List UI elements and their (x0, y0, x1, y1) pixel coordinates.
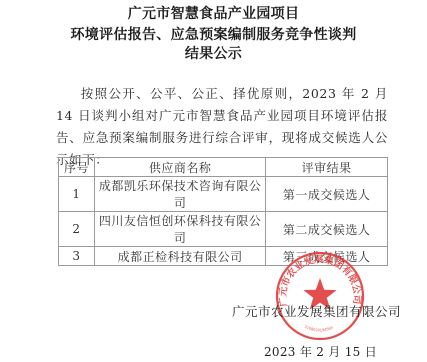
row-result: 第二成交候选人 (266, 212, 388, 247)
body-paragraph-text: 按照公开、公平、公正、择优原则，2023 年 2 月 14 日谈判小组对广元市智… (56, 86, 388, 167)
header-no: 序号 (59, 158, 95, 177)
company-seal: 广元市农业发展集团有限公司 5108020194569 (274, 250, 366, 342)
issue-date: 2023 年 2 月 15 日 (264, 345, 377, 360)
issuer-name: 广元市农业发展集团有限公司 (232, 304, 401, 320)
row-supplier: 四川友信恒创环保科技有限公司 (94, 212, 265, 247)
table-header-row: 序号 供应商名称 评审结果 (59, 158, 388, 177)
title-line-1: 广元市智慧食品产业园项目 (0, 4, 427, 24)
header-result: 评审结果 (266, 158, 388, 177)
row-result: 第一成交候选人 (266, 177, 388, 212)
row-supplier: 成都正检科技有限公司 (94, 247, 265, 266)
title-line-2: 环境评估报告、应急预案编制服务竞争性谈判 (0, 25, 427, 45)
seal-serial: 5108020194569 (304, 325, 334, 333)
title-line-3: 结果公示 (0, 44, 427, 64)
row-no: 1 (59, 177, 95, 212)
row-no: 2 (59, 212, 95, 247)
table-row: 2 四川友信恒创环保科技有限公司 第二成交候选人 (59, 212, 388, 247)
row-no: 3 (59, 247, 95, 266)
row-supplier: 成都凯乐环保技术咨询有限公司 (94, 177, 265, 212)
table-row: 1 成都凯乐环保技术咨询有限公司 第一成交候选人 (59, 177, 388, 212)
header-supplier: 供应商名称 (94, 158, 265, 177)
